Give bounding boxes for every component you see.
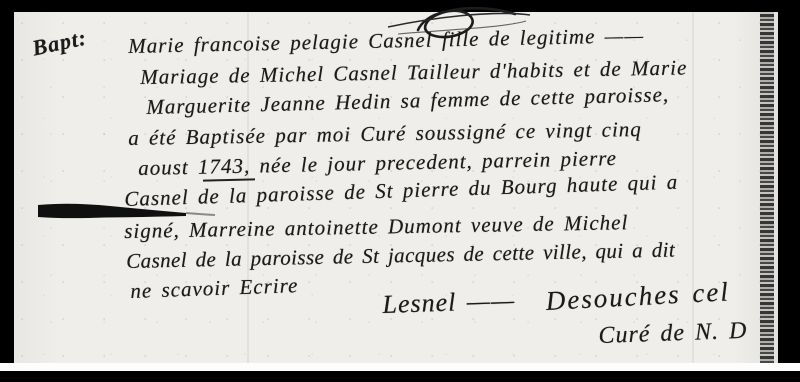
page-edge-shadow <box>760 12 774 363</box>
scanned-baptism-record: Bapt: Marie francoise pelagie Casnel fil… <box>0 0 800 382</box>
paper-edge-strip <box>0 363 800 371</box>
signature-godfather: Lesnel —— <box>382 285 516 320</box>
fold-line <box>692 12 694 363</box>
signature-priest-title: Curé de N. D <box>598 318 748 350</box>
